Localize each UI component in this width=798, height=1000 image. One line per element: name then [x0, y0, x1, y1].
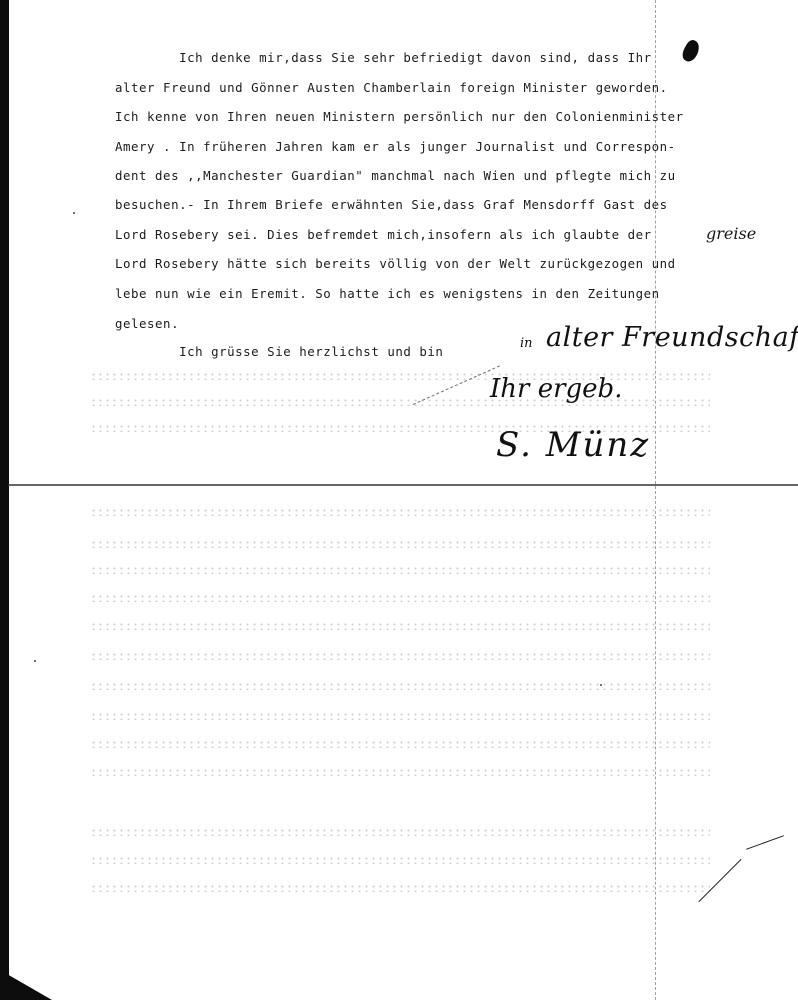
letter-line: Lord Rosebery hätte sich bereits völlig …	[115, 256, 676, 271]
speck	[73, 212, 75, 214]
scan-left-border	[0, 0, 9, 1000]
handwritten-valediction: Ihr ergeb.	[490, 374, 622, 404]
letter-line: Ich denke mir,dass Sie sehr befriedigt d…	[115, 50, 652, 65]
handwritten-closing: alter Freundschaft	[546, 322, 798, 353]
handwritten-insertion: greise	[706, 224, 756, 243]
ink-blot	[680, 38, 703, 64]
bleed-through-text	[90, 508, 710, 516]
bleed-through-text	[90, 594, 710, 602]
letter-line: lebe nun wie ein Eremit. So hatte ich es…	[115, 286, 660, 301]
letter-line: besuchen.- In Ihrem Briefe erwähnten Sie…	[115, 197, 668, 212]
bleed-through-text	[90, 566, 710, 574]
bleed-through-text	[90, 622, 710, 630]
letter-line: Ich kenne von Ihren neuen Ministern pers…	[115, 109, 684, 124]
bleed-through-text	[90, 682, 710, 690]
letter-line: dent des ,,Manchester Guardian" manchmal…	[115, 168, 676, 183]
handwritten-in: in	[520, 336, 533, 351]
letter-line: alter Freund und Gönner Austen Chamberla…	[115, 80, 668, 95]
bleed-through-text	[90, 740, 710, 748]
scan-corner-shadow	[0, 970, 52, 1000]
bleed-through-text	[90, 712, 710, 720]
letter-line: Lord Rosebery sei. Dies befremdet mich,i…	[115, 227, 652, 242]
letter-line: gelesen.	[115, 316, 179, 331]
signature: S. Münz	[496, 425, 650, 465]
paper-fold-horizontal	[8, 484, 798, 486]
letter-line: Amery . In früheren Jahren kam er als ju…	[115, 139, 676, 154]
bleed-through-text	[90, 828, 710, 836]
bleed-through-text	[90, 856, 710, 864]
bleed-through-text	[90, 884, 710, 892]
speck	[600, 684, 602, 686]
paper-crease	[698, 859, 741, 902]
speck	[34, 660, 36, 662]
bleed-through-text	[90, 540, 710, 548]
bleed-through-text	[90, 652, 710, 660]
letter-line: Ich grüsse Sie herzlichst und bin	[115, 344, 443, 359]
paper-crease	[746, 835, 784, 850]
bleed-through-text	[90, 768, 710, 776]
